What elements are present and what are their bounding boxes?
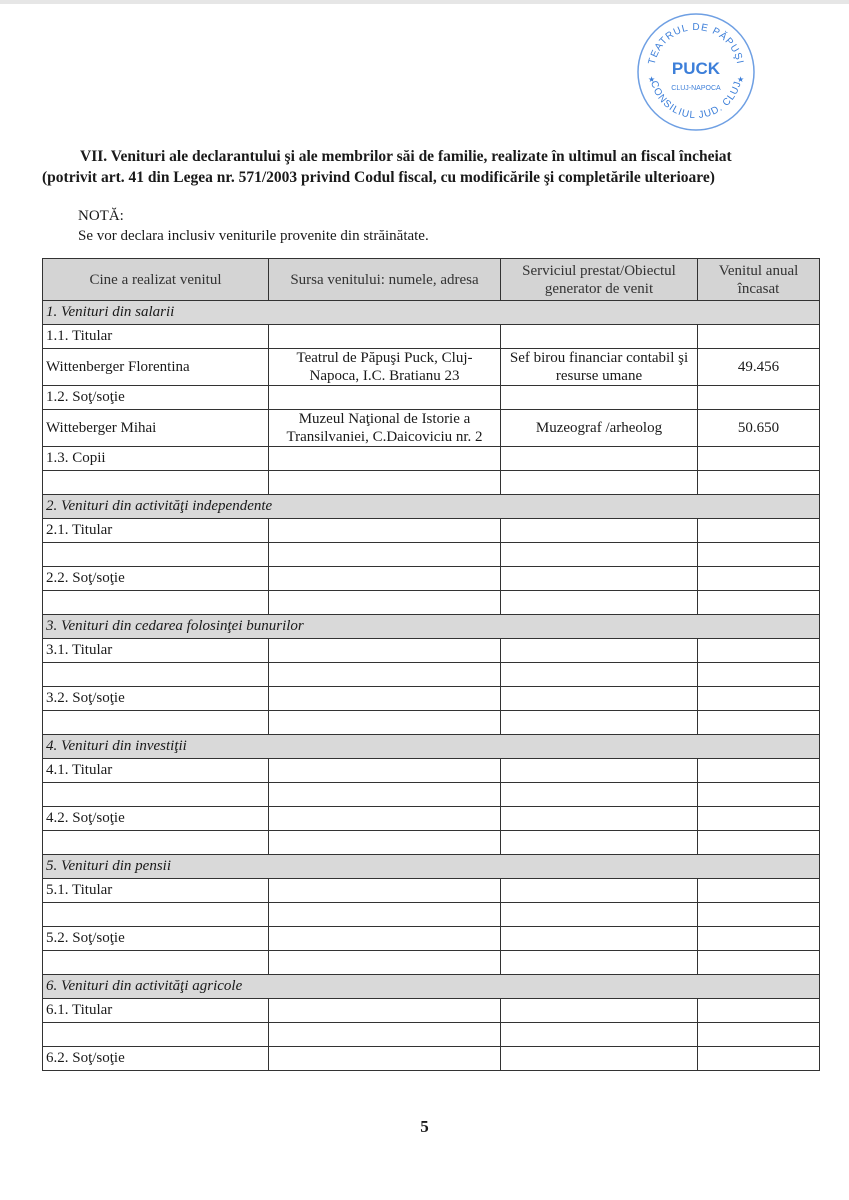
cell-service[interactable]	[501, 687, 698, 711]
cell-source[interactable]	[269, 663, 501, 687]
cell-who[interactable]	[43, 1023, 269, 1047]
cell-who[interactable]: 4.1. Titular	[43, 759, 269, 783]
note-text: Se vor declara inclusiv veniturile prove…	[78, 226, 429, 246]
cell-source[interactable]	[269, 639, 501, 663]
cell-who[interactable]: Wittenberger Florentina	[43, 349, 269, 386]
cell-income[interactable]: 50.650	[698, 410, 820, 447]
cell-source[interactable]	[269, 831, 501, 855]
header-source: Sursa venitului: numele, adresa	[269, 259, 501, 301]
cell-service[interactable]	[501, 903, 698, 927]
section-row: 2. Venituri din activităţi independente	[43, 495, 820, 519]
cell-income[interactable]	[698, 831, 820, 855]
cell-source[interactable]	[269, 1047, 501, 1071]
table-row: 2.2. Soţ/soţie	[43, 567, 820, 591]
cell-source[interactable]	[269, 951, 501, 975]
svg-text:PUCK: PUCK	[672, 59, 721, 78]
cell-source[interactable]	[269, 711, 501, 735]
section-title: 4. Venituri din investiţii	[43, 735, 820, 759]
cell-service[interactable]	[501, 951, 698, 975]
cell-source[interactable]	[269, 386, 501, 410]
cell-source[interactable]	[269, 471, 501, 495]
cell-service[interactable]	[501, 386, 698, 410]
cell-source[interactable]	[269, 447, 501, 471]
cell-income[interactable]	[698, 999, 820, 1023]
header-annual-income: Venitul anual încasat	[698, 259, 820, 301]
table-row: 1.1. Titular	[43, 325, 820, 349]
cell-income[interactable]	[698, 1023, 820, 1047]
svg-text:★: ★	[737, 75, 744, 84]
table-row	[43, 663, 820, 687]
cell-income[interactable]	[698, 325, 820, 349]
cell-income[interactable]	[698, 386, 820, 410]
cell-service[interactable]: Muzeograf /arheolog	[501, 410, 698, 447]
cell-who[interactable]	[43, 783, 269, 807]
section-row: 1. Venituri din salarii	[43, 301, 820, 325]
table-row: 1.2. Soţ/soţie	[43, 386, 820, 410]
cell-service[interactable]	[501, 1047, 698, 1071]
section-row: 5. Venituri din pensii	[43, 855, 820, 879]
cell-income[interactable]	[698, 879, 820, 903]
cell-who[interactable]: 3.2. Soţ/soţie	[43, 687, 269, 711]
table-row: Wittenberger FlorentinaTeatrul de Păpuşi…	[43, 349, 820, 386]
cell-income[interactable]	[698, 591, 820, 615]
heading-line-1: VII. Venituri ale declarantului şi ale m…	[42, 146, 822, 167]
section-title: 6. Venituri din activităţi agricole	[43, 975, 820, 999]
cell-service[interactable]	[501, 831, 698, 855]
cell-who[interactable]: 6.1. Titular	[43, 999, 269, 1023]
cell-service[interactable]	[501, 471, 698, 495]
cell-who[interactable]: 2.1. Titular	[43, 519, 269, 543]
cell-income[interactable]: 49.456	[698, 349, 820, 386]
cell-who[interactable]: 4.2. Soţ/soţie	[43, 807, 269, 831]
note-block: NOTĂ: Se vor declara inclusiv veniturile…	[78, 206, 429, 246]
cell-source[interactable]	[269, 999, 501, 1023]
cell-source[interactable]	[269, 687, 501, 711]
cell-source[interactable]	[269, 783, 501, 807]
cell-income[interactable]	[698, 543, 820, 567]
cell-who[interactable]: 1.1. Titular	[43, 325, 269, 349]
cell-who[interactable]: 1.2. Soţ/soţie	[43, 386, 269, 410]
page-number: 5	[0, 1117, 849, 1137]
cell-service[interactable]	[501, 711, 698, 735]
cell-source[interactable]	[269, 519, 501, 543]
cell-who[interactable]	[43, 663, 269, 687]
table-row	[43, 783, 820, 807]
cell-source[interactable]	[269, 879, 501, 903]
cell-source[interactable]	[269, 807, 501, 831]
cell-service[interactable]	[501, 783, 698, 807]
scan-edge	[0, 0, 849, 4]
cell-service[interactable]	[501, 543, 698, 567]
cell-income[interactable]	[698, 1047, 820, 1071]
cell-who[interactable]: Witteberger Mihai	[43, 410, 269, 447]
cell-service[interactable]	[501, 807, 698, 831]
cell-service[interactable]	[501, 567, 698, 591]
cell-income[interactable]	[698, 711, 820, 735]
table-row: 3.1. Titular	[43, 639, 820, 663]
section-title: 1. Venituri din salarii	[43, 301, 820, 325]
institution-stamp-icon: TEATRUL DE PĂPUŞI CONSILIUL JUD. CLUJ PU…	[634, 10, 758, 134]
section-row: 4. Venituri din investiţii	[43, 735, 820, 759]
cell-service[interactable]	[501, 447, 698, 471]
table-row	[43, 711, 820, 735]
cell-source[interactable]	[269, 325, 501, 349]
cell-who[interactable]	[43, 951, 269, 975]
cell-income[interactable]	[698, 471, 820, 495]
cell-income[interactable]	[698, 903, 820, 927]
cell-who[interactable]	[43, 903, 269, 927]
table-row: 4.1. Titular	[43, 759, 820, 783]
cell-who[interactable]	[43, 591, 269, 615]
table-row: 5.1. Titular	[43, 879, 820, 903]
table-row	[43, 543, 820, 567]
cell-who[interactable]	[43, 831, 269, 855]
cell-income[interactable]	[698, 567, 820, 591]
cell-service[interactable]	[501, 639, 698, 663]
cell-who[interactable]: 2.2. Soţ/soţie	[43, 567, 269, 591]
cell-source[interactable]	[269, 903, 501, 927]
cell-service[interactable]	[501, 1023, 698, 1047]
cell-who[interactable]: 5.2. Soţ/soţie	[43, 927, 269, 951]
cell-who[interactable]	[43, 543, 269, 567]
section-title: 2. Venituri din activităţi independente	[43, 495, 820, 519]
table-row	[43, 471, 820, 495]
cell-who[interactable]	[43, 711, 269, 735]
cell-who[interactable]: 5.1. Titular	[43, 879, 269, 903]
cell-service[interactable]	[501, 927, 698, 951]
cell-who[interactable]: 3.1. Titular	[43, 639, 269, 663]
table-row: 6.2. Soţ/soţie	[43, 1047, 820, 1071]
section-row: 6. Venituri din activităţi agricole	[43, 975, 820, 999]
cell-income[interactable]	[698, 807, 820, 831]
cell-source[interactable]	[269, 759, 501, 783]
section-heading: VII. Venituri ale declarantului şi ale m…	[42, 146, 822, 188]
cell-service[interactable]	[501, 879, 698, 903]
cell-income[interactable]	[698, 639, 820, 663]
cell-service[interactable]	[501, 999, 698, 1023]
cell-income[interactable]	[698, 927, 820, 951]
svg-text:CLUJ-NAPOCA: CLUJ-NAPOCA	[671, 85, 721, 92]
cell-source[interactable]	[269, 567, 501, 591]
section-title: 5. Venituri din pensii	[43, 855, 820, 879]
cell-income[interactable]	[698, 759, 820, 783]
table-row	[43, 951, 820, 975]
cell-source[interactable]: Teatrul de Păpuşi Puck, Cluj-Napoca, I.C…	[269, 349, 501, 386]
cell-who[interactable]	[43, 471, 269, 495]
cell-income[interactable]	[698, 519, 820, 543]
header-who: Cine a realizat venitul	[43, 259, 269, 301]
table-row: 2.1. Titular	[43, 519, 820, 543]
heading-line-2: (potrivit art. 41 din Legea nr. 571/2003…	[42, 169, 715, 186]
cell-service[interactable]	[501, 591, 698, 615]
table-row: Witteberger MihaiMuzeul Naţional de Isto…	[43, 410, 820, 447]
cell-income[interactable]	[698, 663, 820, 687]
table-header-row: Cine a realizat venitul Sursa venitului:…	[43, 259, 820, 301]
header-service: Serviciul prestat/Obiectul generator de …	[501, 259, 698, 301]
table-row	[43, 1023, 820, 1047]
cell-income[interactable]	[698, 951, 820, 975]
note-label: NOTĂ:	[78, 206, 429, 226]
cell-service[interactable]: Sef birou financiar contabil şi resurse …	[501, 349, 698, 386]
cell-service[interactable]	[501, 519, 698, 543]
cell-source[interactable]	[269, 927, 501, 951]
table-row	[43, 903, 820, 927]
table-row: 5.2. Soţ/soţie	[43, 927, 820, 951]
table-row: 3.2. Soţ/soţie	[43, 687, 820, 711]
cell-source[interactable]	[269, 591, 501, 615]
cell-source[interactable]: Muzeul Naţional de Istorie a Transilvani…	[269, 410, 501, 447]
table-row	[43, 591, 820, 615]
cell-income[interactable]	[698, 687, 820, 711]
section-title: 3. Venituri din cedarea folosinţei bunur…	[43, 615, 820, 639]
section-row: 3. Venituri din cedarea folosinţei bunur…	[43, 615, 820, 639]
cell-income[interactable]	[698, 447, 820, 471]
table-body: 1. Venituri din salarii1.1. TitularWitte…	[43, 301, 820, 1071]
cell-service[interactable]	[501, 759, 698, 783]
cell-income[interactable]	[698, 783, 820, 807]
cell-who[interactable]: 1.3. Copii	[43, 447, 269, 471]
table-row	[43, 831, 820, 855]
cell-service[interactable]	[501, 325, 698, 349]
cell-source[interactable]	[269, 1023, 501, 1047]
table-row: 4.2. Soţ/soţie	[43, 807, 820, 831]
cell-service[interactable]	[501, 663, 698, 687]
income-table: Cine a realizat venitul Sursa venitului:…	[42, 258, 820, 1071]
table-row: 6.1. Titular	[43, 999, 820, 1023]
table-row: 1.3. Copii	[43, 447, 820, 471]
cell-source[interactable]	[269, 543, 501, 567]
svg-text:★: ★	[648, 75, 655, 84]
cell-who[interactable]: 6.2. Soţ/soţie	[43, 1047, 269, 1071]
